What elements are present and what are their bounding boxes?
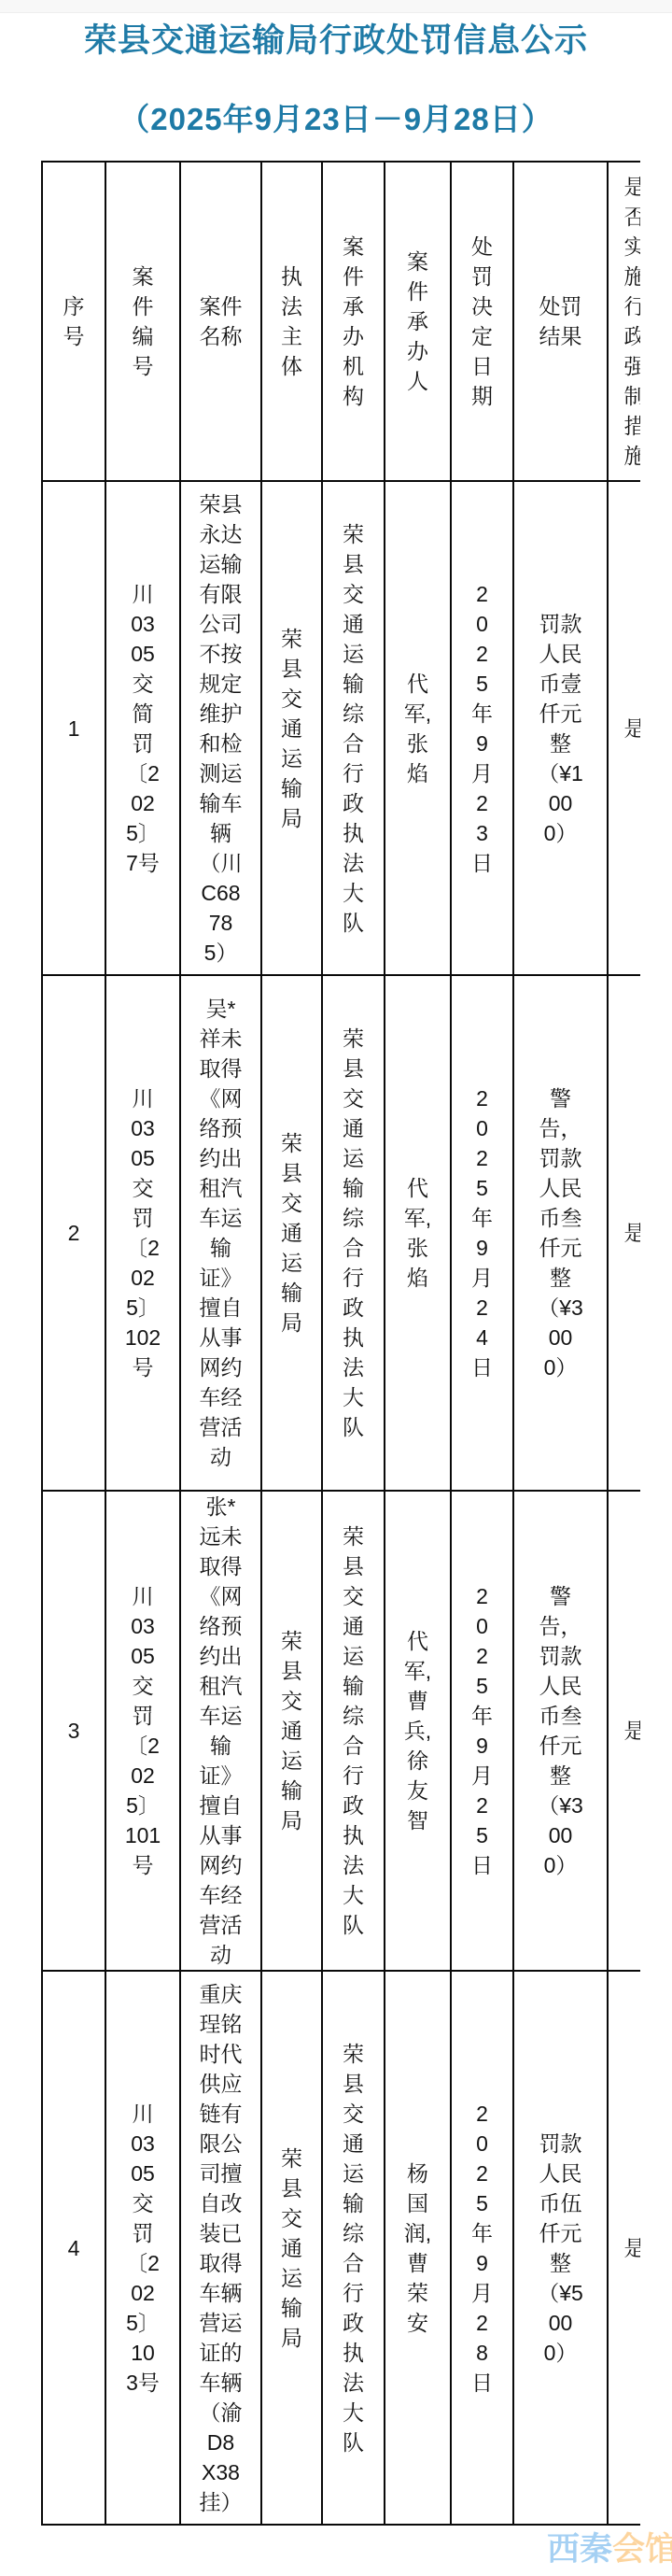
- col-header-case-name: 案件 名称: [180, 162, 261, 481]
- table-viewport: 序 号 案 件 编 号 案件 名称 执 法 主 体 案 件 承 办 机 构 案 …: [41, 161, 640, 2526]
- penalty-table: 序 号 案 件 编 号 案件 名称 执 法 主 体 案 件 承 办 机 构 案 …: [41, 161, 640, 2526]
- col-header-coercive-measures: 是 否 实 施 行 政 强 制 措 施: [608, 162, 640, 481]
- cell-case-no: 川 03 05 交 罚 〔2 02 5〕 101 号: [105, 1491, 180, 1971]
- table-row: 4 川 03 05 交 罚 〔2 02 5〕 10 3号 重庆 珵铭 时代 供应…: [42, 1971, 640, 2525]
- table-row: 1 川 03 05 交 简 罚 〔2 02 5〕 7号 荣县 永达 运输 有限 …: [42, 481, 640, 975]
- cell-seq: 4: [42, 1971, 105, 2525]
- col-header-case-no: 案 件 编 号: [105, 162, 180, 481]
- col-header-handling-agency: 案 件 承 办 机 构: [322, 162, 385, 481]
- page: 荣县交通运输局行政处罚信息公示 （2025年9月23日－9月28日） 序 号 案…: [0, 0, 672, 2576]
- col-header-enforcement-body: 执 法 主 体: [261, 162, 322, 481]
- cell-coercive-measures: 是: [608, 481, 640, 975]
- cell-handler: 代 军, 张 焰: [385, 481, 451, 975]
- cell-handler: 代 军, 张 焰: [385, 975, 451, 1491]
- cell-case-no: 川 03 05 交 罚 〔2 02 5〕 10 3号: [105, 1971, 180, 2525]
- cell-case-name: 重庆 珵铭 时代 供应 链有 限公 司擅 自改 装已 取得 车辆 营运 证的 车…: [180, 1971, 261, 2525]
- cell-case-name: 张* 远未 取得 《网 络预 约出 租汽 车运 输 证》 擅自 从事 网约 车经…: [180, 1491, 261, 1971]
- table-row: 2 川 03 05 交 罚 〔2 02 5〕 102 号 吴* 祥未 取得 《网…: [42, 975, 640, 1491]
- cell-handling-agency: 荣 县 交 通 运 输 综 合 行 政 执 法 大 队: [322, 1971, 385, 2525]
- watermark-part2: 会馆: [612, 2531, 672, 2568]
- cell-handling-agency: 荣 县 交 通 运 输 综 合 行 政 执 法 大 队: [322, 975, 385, 1491]
- cell-case-no: 川 03 05 交 罚 〔2 02 5〕 102 号: [105, 975, 180, 1491]
- cell-seq: 1: [42, 481, 105, 975]
- cell-decision-date: 2 0 2 5 年 9 月 2 3 日: [451, 481, 513, 975]
- cell-coercive-measures: 是: [608, 1491, 640, 1971]
- cell-penalty-result: 警 告， 罚款 人民 币叁 仟元 整 （¥3 00 0）: [513, 1491, 608, 1971]
- cell-decision-date: 2 0 2 5 年 9 月 2 4 日: [451, 975, 513, 1491]
- col-header-penalty-result: 处罚 结果: [513, 162, 608, 481]
- top-strip: [0, 0, 672, 13]
- cell-enforcement-body: 荣 县 交 通 运 输 局: [261, 1491, 322, 1971]
- cell-case-name: 荣县 永达 运输 有限 公司 不按 规定 维护 和检 测运 输车 辆 （川 C6…: [180, 481, 261, 975]
- cell-seq: 3: [42, 1491, 105, 1971]
- cell-enforcement-body: 荣 县 交 通 运 输 局: [261, 1971, 322, 2525]
- cell-decision-date: 2 0 2 5 年 9 月 2 8 日: [451, 1971, 513, 2525]
- cell-seq: 2: [42, 975, 105, 1491]
- cell-coercive-measures: 是: [608, 975, 640, 1491]
- cell-penalty-result: 罚款 人民 币壹 仟元 整 （¥1 00 0）: [513, 481, 608, 975]
- cell-case-no: 川 03 05 交 简 罚 〔2 02 5〕 7号: [105, 481, 180, 975]
- header-row: 序 号 案 件 编 号 案件 名称 执 法 主 体 案 件 承 办 机 构 案 …: [42, 162, 640, 481]
- col-header-decision-date: 处 罚 决 定 日 期: [451, 162, 513, 481]
- cell-enforcement-body: 荣 县 交 通 运 输 局: [261, 481, 322, 975]
- cell-handler: 代 军, 曹 兵, 徐 友 智: [385, 1491, 451, 1971]
- watermark-part1: 西秦: [547, 2531, 612, 2568]
- table-row: 3 川 03 05 交 罚 〔2 02 5〕 101 号 张* 远未 取得 《网…: [42, 1491, 640, 1971]
- site-watermark: 西秦会馆: [547, 2531, 672, 2569]
- cell-coercive-measures: 是: [608, 1971, 640, 2525]
- col-header-seq: 序 号: [42, 162, 105, 481]
- cell-handler: 杨 国 润, 曹 荣 安: [385, 1971, 451, 2525]
- cell-penalty-result: 罚款 人民 币伍 仟元 整 （¥5 00 0）: [513, 1971, 608, 2525]
- page-title: 荣县交通运输局行政处罚信息公示: [0, 22, 672, 60]
- cell-penalty-result: 警 告， 罚款 人民 币叁 仟元 整 （¥3 00 0）: [513, 975, 608, 1491]
- page-subtitle: （2025年9月23日－9月28日）: [0, 101, 672, 138]
- col-header-handler: 案 件 承 办 人: [385, 162, 451, 481]
- cell-case-name: 吴* 祥未 取得 《网 络预 约出 租汽 车运 输 证》 擅自 从事 网约 车经…: [180, 975, 261, 1491]
- cell-handling-agency: 荣 县 交 通 运 输 综 合 行 政 执 法 大 队: [322, 481, 385, 975]
- cell-handling-agency: 荣 县 交 通 运 输 综 合 行 政 执 法 大 队: [322, 1491, 385, 1971]
- cell-decision-date: 2 0 2 5 年 9 月 2 5 日: [451, 1491, 513, 1971]
- cell-enforcement-body: 荣 县 交 通 运 输 局: [261, 975, 322, 1491]
